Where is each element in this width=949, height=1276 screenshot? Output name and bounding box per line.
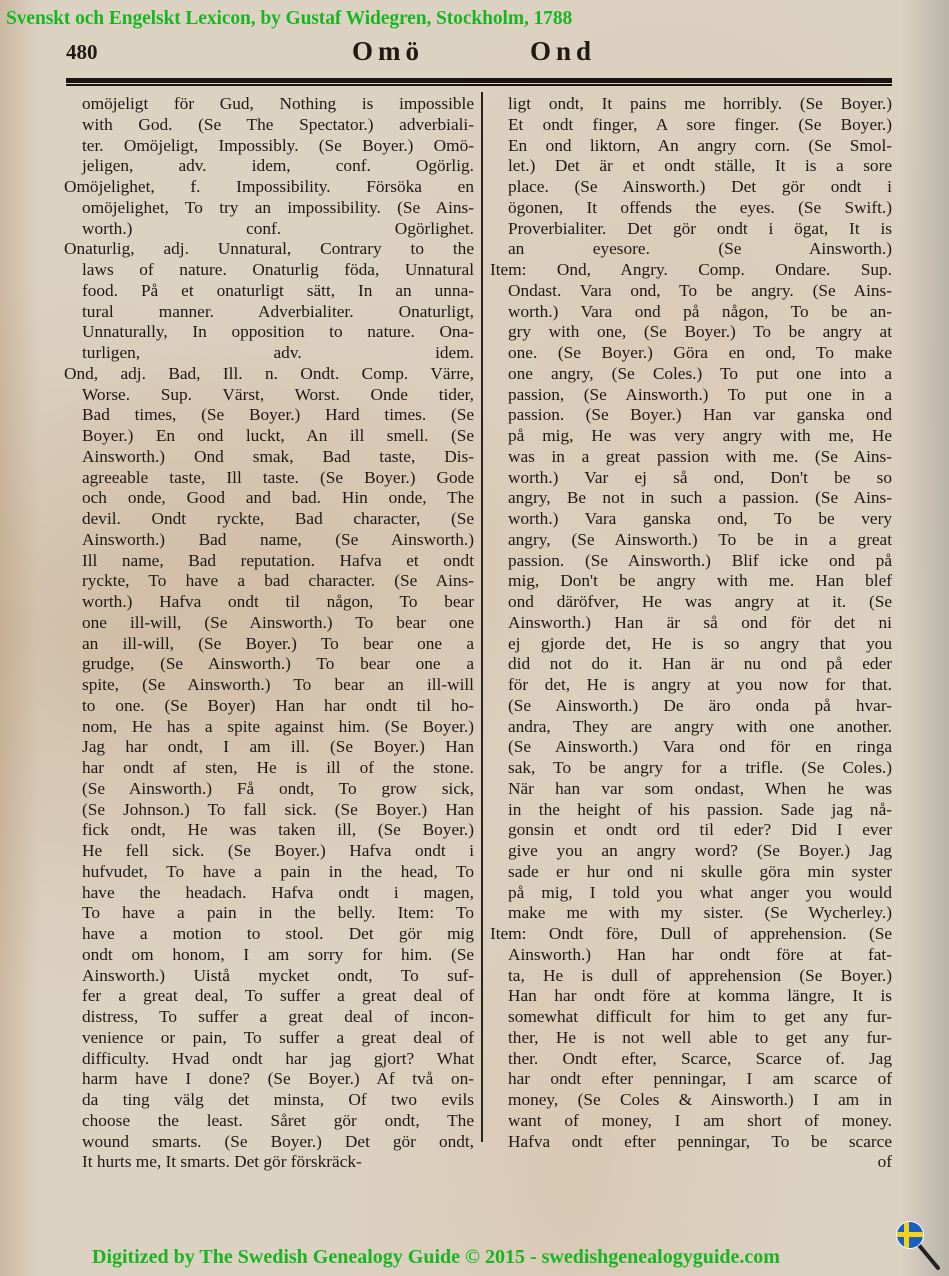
- text-line: difficulty. Hvad ondt har jag gjort? Wha…: [64, 1049, 474, 1070]
- column-divider: [481, 92, 483, 1142]
- running-head: 480 Omö Ond: [0, 36, 949, 76]
- text-line: ondt om honom, I am sorry for him. (Se: [64, 945, 474, 966]
- text-line: an ill-will, (Se Boyer.) To bear one a: [64, 634, 474, 655]
- text-line: have a motion to stool. Det gör mig: [64, 924, 474, 945]
- text-line: grudge, (Se Ainsworth.) To bear one a: [64, 654, 474, 675]
- text-line: sak, To be angry for a trifle. (Se Coles…: [490, 758, 892, 779]
- text-line: ther, He is not well able to get any fur…: [490, 1028, 892, 1049]
- text-line: När han var som ondast, When he was: [490, 779, 892, 800]
- text-line: nom, He has a spite against him. (Se Boy…: [64, 717, 474, 738]
- text-line: wound smarts. (Se Boyer.) Det gör ondt,: [64, 1132, 474, 1153]
- text-line: på mig, I told you what anger you would: [490, 883, 892, 904]
- text-line: worth.) Vara ond på någon, To be an-: [490, 302, 892, 323]
- text-line: Proverbialiter. Det gör ondt i ögat, It …: [490, 219, 892, 240]
- text-line: have the headach. Hafva ondt i magen,: [64, 883, 474, 904]
- text-line: ligt ondt, It pains me horribly. (Se Boy…: [490, 94, 892, 115]
- text-line: one. (Se Boyer.) Göra en ond, To make: [490, 343, 892, 364]
- text-line: (Se Johnson.) To fall sick. (Se Boyer.) …: [64, 800, 474, 821]
- text-line: choose the least. Såret gör ondt, The: [64, 1111, 474, 1132]
- text-line: mig, Don't be angry with me. Han blef: [490, 571, 892, 592]
- text-line: Worse. Sup. Värst, Worst. Onde tider,: [64, 385, 474, 406]
- text-line: to one. (Se Boyer) Han har ondt til ho-: [64, 696, 474, 717]
- watermark-title: Svenskt och Engelskt Lexicon, by Gustaf …: [6, 8, 572, 30]
- text-line: was in a great passion with me. (Se Ains…: [490, 447, 892, 468]
- text-line: Han har ondt före at komma längre, It is: [490, 986, 892, 1007]
- text-line: make me with my sister. (Se Wycherley.): [490, 903, 892, 924]
- text-line: angry, Be not in such a passion. (Se Ain…: [490, 488, 892, 509]
- text-line: did not do it. Han är nu ond på eder: [490, 654, 892, 675]
- watermark-footer: Digitized by The Swedish Genealogy Guide…: [92, 1246, 780, 1269]
- entry-headword-line: Item: Ondt före, Dull of apprehension. (…: [490, 924, 892, 945]
- text-line: sade er hur ond ni skulle göra min syste…: [490, 862, 892, 883]
- text-line: ryckte, To have a bad character. (Se Ain…: [64, 571, 474, 592]
- text-line: distress, To suffer a great deal of inco…: [64, 1007, 474, 1028]
- text-line: för det, He is angry at you now for that…: [490, 675, 892, 696]
- guide-word-right: Ond: [530, 36, 596, 67]
- text-line: money, (Se Coles & Ainsworth.) I am in: [490, 1090, 892, 1111]
- text-line: har ondt af sten, He is ill of the stone…: [64, 758, 474, 779]
- text-line: Ainsworth.) Uistå mycket ondt, To suf-: [64, 966, 474, 987]
- text-line: gonsin et ondt ord til eder? Did I ever: [490, 820, 892, 841]
- text-line: gry with one, (Se Boyer.) To be angry at: [490, 322, 892, 343]
- guide-word-left: Omö: [352, 36, 424, 67]
- text-line: Ainsworth.) Ond smak, Bad taste, Dis-: [64, 447, 474, 468]
- text-line: Boyer.) En ond luckt, An ill smell. (Se: [64, 426, 474, 447]
- text-line: Et ondt finger, A sore finger. (Se Boyer…: [490, 115, 892, 136]
- text-line: fer a great deal, To suffer a great deal…: [64, 986, 474, 1007]
- text-line: ther. Ondt efter, Scarce, Scarce of. Jag: [490, 1049, 892, 1070]
- text-line: Hafva ondt efter penningar, To be scarce: [490, 1132, 892, 1153]
- text-line: Ill name, Bad reputation. Hafva et ondt: [64, 551, 474, 572]
- text-line: Jag har ondt, I am ill. (Se Boyer.) Han: [64, 737, 474, 758]
- page-number: 480: [66, 40, 98, 65]
- text-line: in the height of his passion. Sade jag n…: [490, 800, 892, 821]
- entry-headword-line: Ond, adj. Bad, Ill. n. Ondt. Comp. Värre…: [64, 364, 474, 385]
- text-line: angry, (Se Ainsworth.) To be in a great: [490, 530, 892, 551]
- text-line: He fell sick. (Se Boyer.) Hafva ondt i: [64, 841, 474, 862]
- text-line: ter. Omöjeligt, Impossibly. (Se Boyer.) …: [64, 136, 474, 157]
- text-line: Ondast. Vara ond, To be angry. (Se Ains-: [490, 281, 892, 302]
- entry-headword-line: Onaturlig, adj. Unnatural, Contrary to t…: [64, 239, 474, 260]
- text-line: worth.) Vara ganska ond, To be very: [490, 509, 892, 530]
- text-line: omöjelighet, To try an impossibility. (S…: [64, 198, 474, 219]
- left-column: omöjeligt för Gud, Nothing is impossible…: [64, 94, 474, 1173]
- text-line: på mig, He was very angry with me, He: [490, 426, 892, 447]
- text-line: with God. (Se The Spectator.) adverbiali…: [64, 115, 474, 136]
- text-line: harm have I done? (Se Boyer.) Af två on-: [64, 1069, 474, 1090]
- text-line: spite, (Se Ainsworth.) To bear an ill-wi…: [64, 675, 474, 696]
- text-line: hufvudet, To have a pain in the head, To: [64, 862, 474, 883]
- text-line: want of money, I am short of money.: [490, 1111, 892, 1132]
- header-rule: [66, 78, 892, 86]
- text-line: turligen, adv. idem.: [64, 343, 474, 364]
- text-line: worth.) conf. Ogörlighet.: [64, 219, 474, 240]
- text-line: ej gjorde det, He is so angry that you: [490, 634, 892, 655]
- text-line: fick ondt, He was taken ill, (Se Boyer.): [64, 820, 474, 841]
- entry-headword-line: Item: Ond, Angry. Comp. Ondare. Sup.: [490, 260, 892, 281]
- text-line: omöjeligt för Gud, Nothing is impossible: [64, 94, 474, 115]
- text-line: worth.) Hafva ondt til någon, To bear: [64, 592, 474, 613]
- text-line: food. På et onaturligt sätt, In an unna-: [64, 281, 474, 302]
- text-line: En ond liktorn, An angry corn. (Se Smol-: [490, 136, 892, 157]
- text-line: Ainsworth.) Han har ondt före at fat-: [490, 945, 892, 966]
- text-line: place. (Se Ainsworth.) Det gör ondt i: [490, 177, 892, 198]
- text-line: passion. (Se Ainsworth.) Blif icke ond p…: [490, 551, 892, 572]
- text-line: venience or pain, To suffer a great deal…: [64, 1028, 474, 1049]
- text-line: let.) Det är et ondt ställe, It is a sor…: [490, 156, 892, 177]
- text-line: somewhat difficult for him to get any fu…: [490, 1007, 892, 1028]
- text-line: da ting välg det minsta, Of two evils: [64, 1090, 474, 1111]
- text-line: devil. Ondt ryckte, Bad character, (Se: [64, 509, 474, 530]
- text-line: jeligen, adv. idem, conf. Ogörlig.: [64, 156, 474, 177]
- text-line: (Se Ainsworth.) De äro onda på hvar-: [490, 696, 892, 717]
- text-line: och onde, Good and bad. Hin onde, The: [64, 488, 474, 509]
- text-line: worth.) Var ej så ond, Don't be so: [490, 468, 892, 489]
- text-line: passion. (Se Boyer.) Han var ganska ond: [490, 405, 892, 426]
- text-line: (Se Ainsworth.) Få ondt, To grow sick,: [64, 779, 474, 800]
- text-line: Unnaturally, In opposition to nature. On…: [64, 322, 474, 343]
- text-line: tural manner. Adverbialiter. Onaturligt,: [64, 302, 474, 323]
- text-line: agreeable taste, Ill taste. (Se Boyer.) …: [64, 468, 474, 489]
- text-line: har ondt efter penningar, I am scarce of: [490, 1069, 892, 1090]
- swedish-flag-magnifier-icon[interactable]: [894, 1218, 944, 1272]
- text-line: ta, He is dull of apprehension (Se Boyer…: [490, 966, 892, 987]
- text-line: Ainsworth.) Han är så ond för det ni: [490, 613, 892, 634]
- text-line: Bad times, (Se Boyer.) Hard times. (Se: [64, 405, 474, 426]
- text-line: To have a pain in the belly. Item: To: [64, 903, 474, 924]
- text-line: ond däröfver, He was angry at it. (Se: [490, 592, 892, 613]
- text-line: of: [490, 1152, 892, 1173]
- text-line: andra, They are angry with one another.: [490, 717, 892, 738]
- text-line: one angry, (Se Coles.) To put one into a: [490, 364, 892, 385]
- text-line: (Se Ainsworth.) Vara ond för en ringa: [490, 737, 892, 758]
- text-line: give you an angry word? (Se Boyer.) Jag: [490, 841, 892, 862]
- text-line: laws of nature. Onaturlig föda, Unnatura…: [64, 260, 474, 281]
- entry-headword-line: Omöjelighet, f. Impossibility. Försöka e…: [64, 177, 474, 198]
- text-line: an eyesore. (Se Ainsworth.): [490, 239, 892, 260]
- text-line: passion, (Se Ainsworth.) To put one in a: [490, 385, 892, 406]
- text-line: It hurts me, It smarts. Det gör förskräc…: [64, 1152, 474, 1173]
- right-column: ligt ondt, It pains me horribly. (Se Boy…: [490, 94, 892, 1173]
- text-line: Ainsworth.) Bad name, (Se Ainsworth.): [64, 530, 474, 551]
- text-line: one ill-will, (Se Ainsworth.) To bear on…: [64, 613, 474, 634]
- text-line: ögonen, It offends the eyes. (Se Swift.): [490, 198, 892, 219]
